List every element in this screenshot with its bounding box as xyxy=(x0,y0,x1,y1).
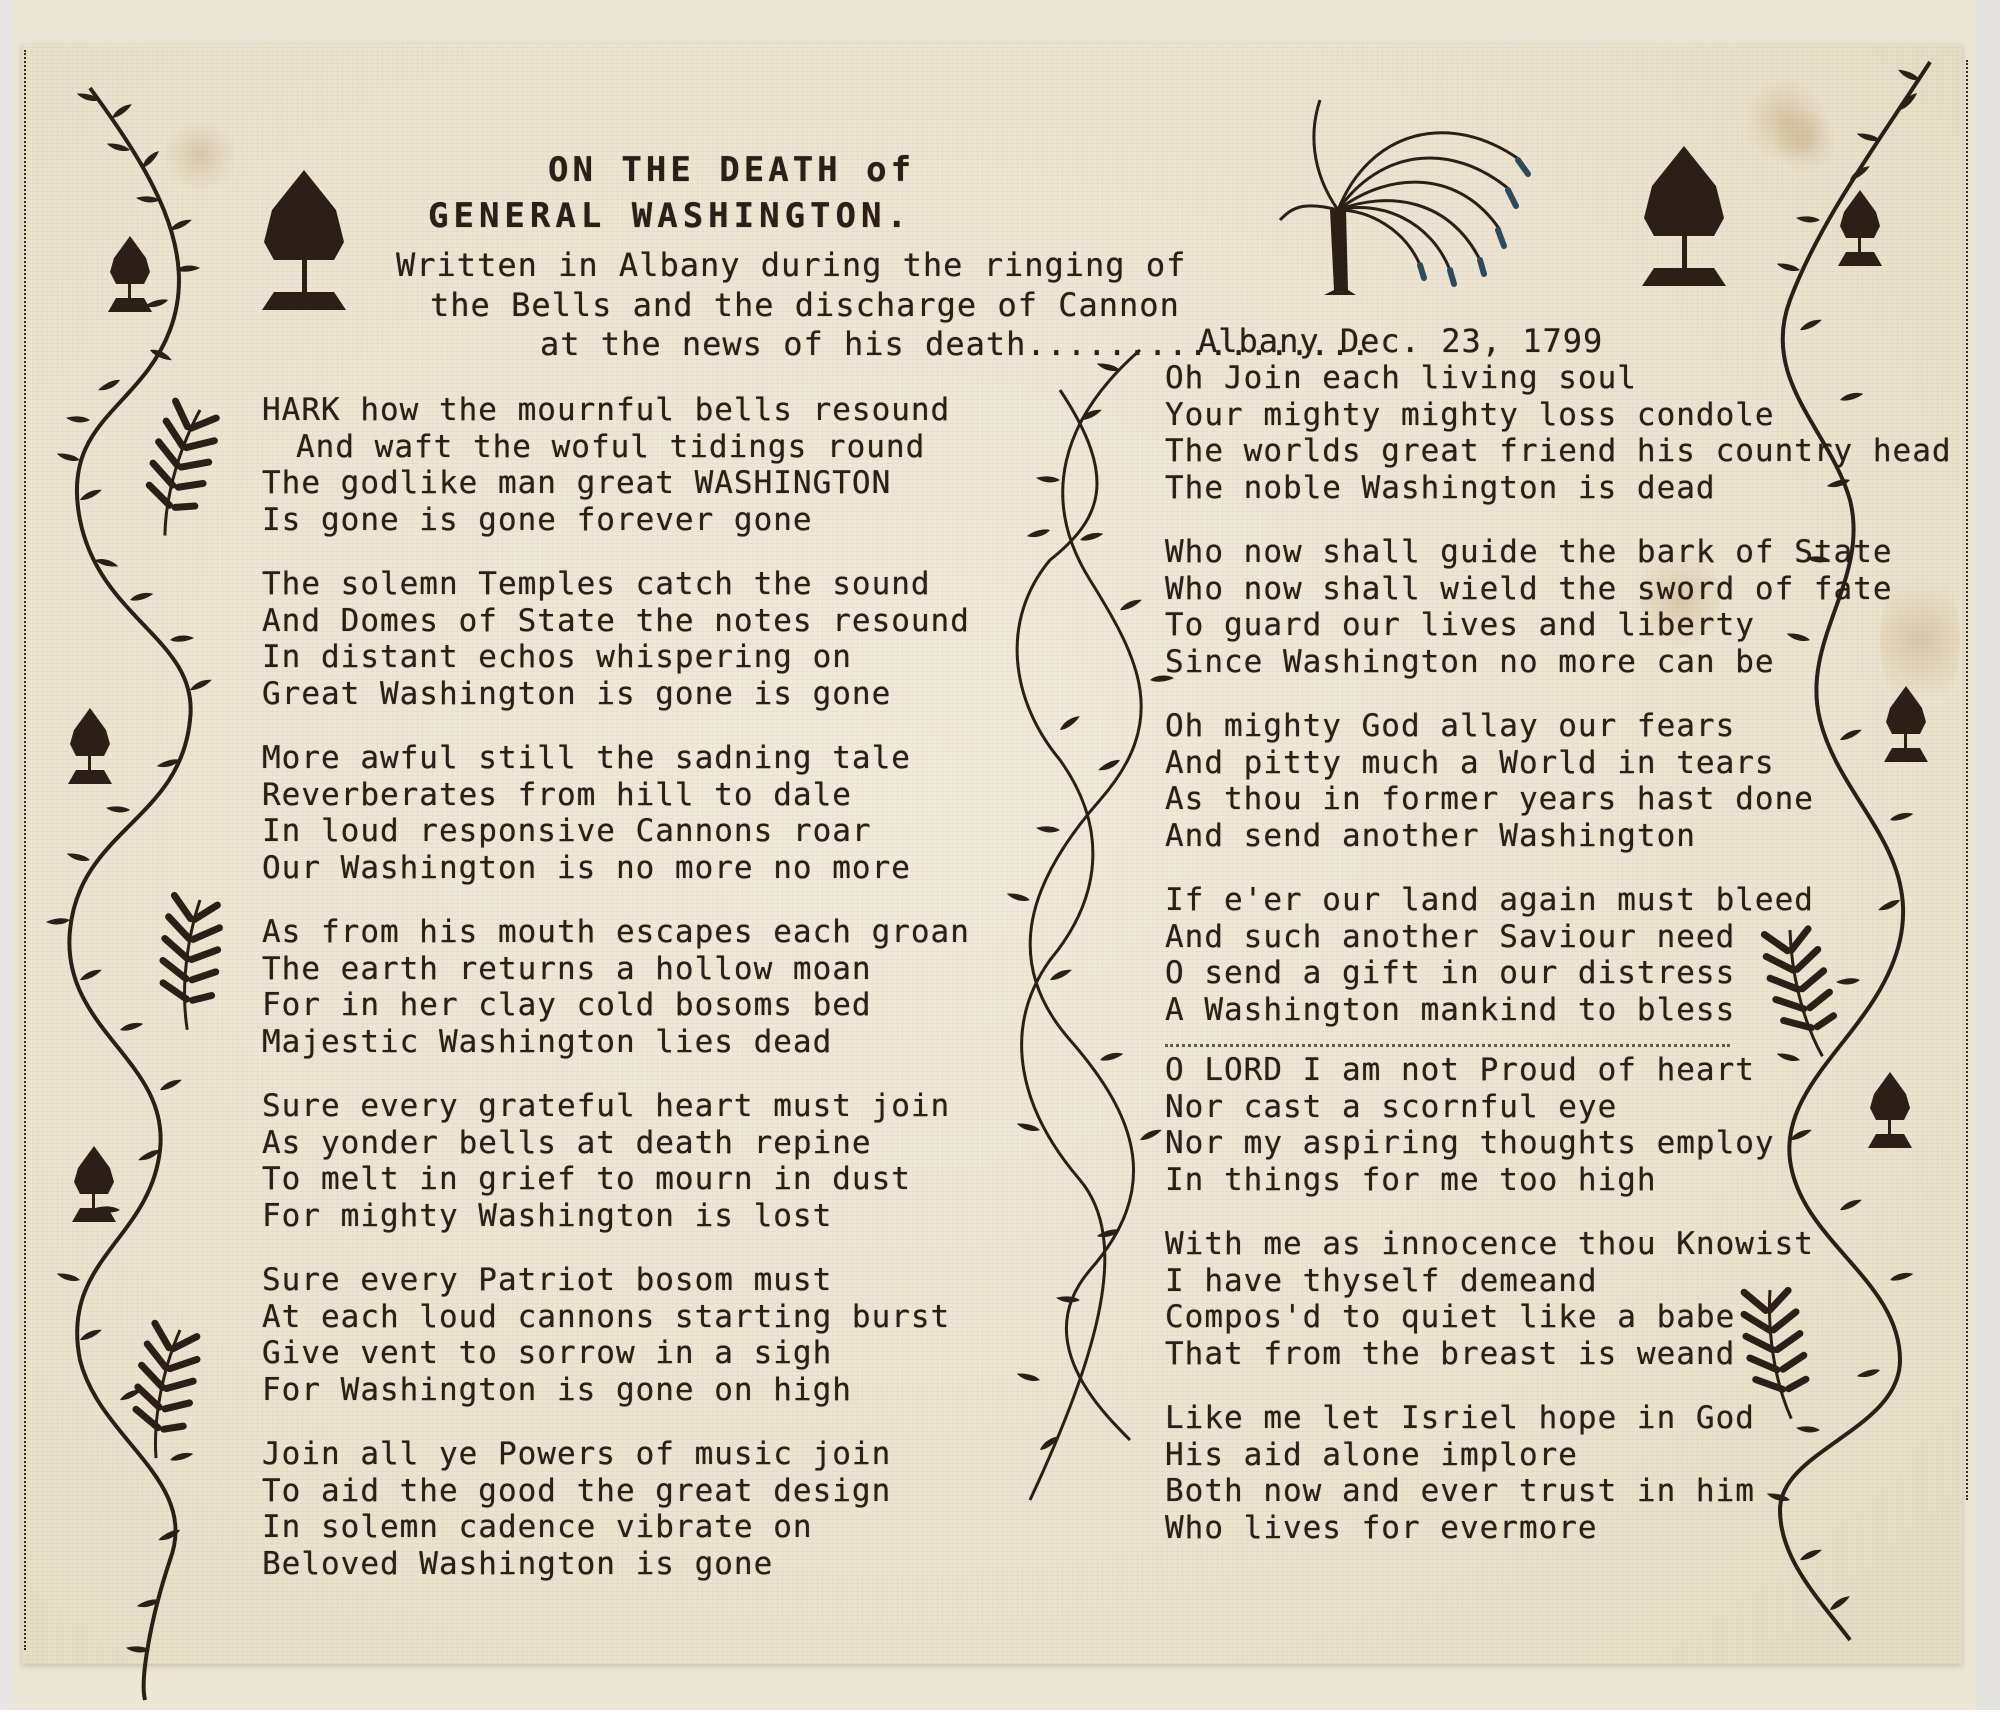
tree-icon xyxy=(1868,1072,1912,1148)
wheat-sheaf-icon xyxy=(1742,1288,1809,1422)
vine-right-icon xyxy=(1766,62,1930,1640)
wheat-sheaf-icon xyxy=(1762,925,1840,1063)
tree-icon xyxy=(1838,190,1882,266)
vine-center-icon xyxy=(1006,350,1174,1500)
tree-icon xyxy=(1642,146,1726,286)
tree-icon xyxy=(72,1146,116,1222)
tree-icon xyxy=(1884,686,1928,762)
embroidery-decorations xyxy=(0,0,2000,1722)
tree-icon xyxy=(68,708,112,784)
weeping-willow-icon xyxy=(1280,100,1528,295)
tree-icon xyxy=(262,170,346,310)
vine-left-icon xyxy=(46,88,213,1700)
wheat-sheaf-icon xyxy=(129,400,226,541)
wheat-sheaf-icon xyxy=(150,895,228,1033)
tree-icon xyxy=(108,236,152,312)
